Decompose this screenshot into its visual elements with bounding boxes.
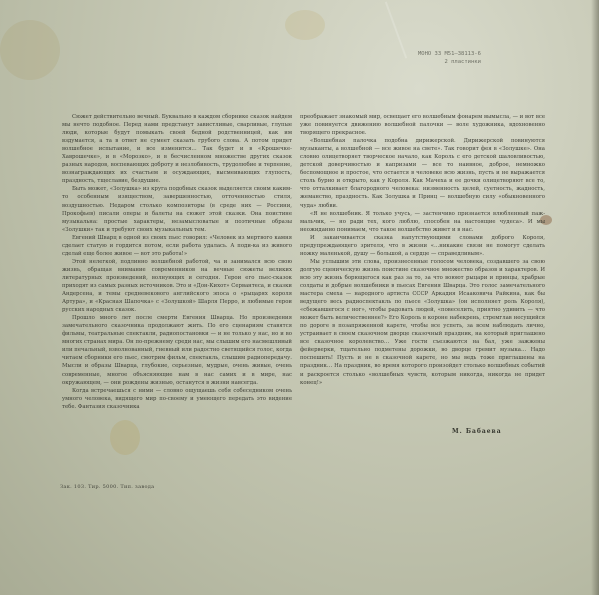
article-right-column: преображает знакомый мир, освещает его в… bbox=[300, 113, 545, 387]
paragraph: Быть может, «Золушка» из круга подобных … bbox=[62, 185, 292, 233]
water-stain bbox=[0, 20, 60, 80]
paragraph: Этой нелегкой, подлинно волшебной работо… bbox=[62, 258, 292, 314]
author-signature: М. Бабаева bbox=[452, 428, 502, 435]
paragraph: преображает знакомый мир, освещает его в… bbox=[300, 113, 545, 137]
paragraph: Евгений Шварц в одной из своих пьес гово… bbox=[62, 234, 292, 258]
sleeve-edge-shadow bbox=[591, 0, 599, 595]
print-imprint: Зак. 103. Тир. 5000. Тип. завода bbox=[60, 484, 154, 490]
paragraph: Мы услышим эти слова, произнесенные голо… bbox=[300, 258, 545, 387]
catalog-number: МОНО 33 М51—38113-6 bbox=[418, 50, 481, 58]
water-stain bbox=[110, 420, 140, 455]
paragraph: Прошло много лет после смерти Евгения Шв… bbox=[62, 314, 292, 386]
article-left-column: Сюжет действительно вечный. Буквально в … bbox=[62, 113, 292, 411]
water-stain bbox=[285, 10, 325, 40]
catalog-block: МОНО 33 М51—38113-6 2 пластинки bbox=[418, 50, 481, 66]
paragraph: Сюжет действительно вечный. Буквально в … bbox=[62, 113, 292, 185]
catalog-note: 2 пластинки bbox=[418, 58, 481, 66]
paragraph: И заканчивается сказка напутствующими сл… bbox=[300, 234, 545, 258]
paragraph: Когда встречаешься с ними — словно ощуща… bbox=[62, 387, 292, 411]
paper-crease bbox=[385, 1, 407, 58]
paragraph: «Я не волшебник. Я только учусь, — засте… bbox=[300, 210, 545, 234]
paragraph: «Волшебная палочка подобна дирижерской. … bbox=[300, 137, 545, 209]
